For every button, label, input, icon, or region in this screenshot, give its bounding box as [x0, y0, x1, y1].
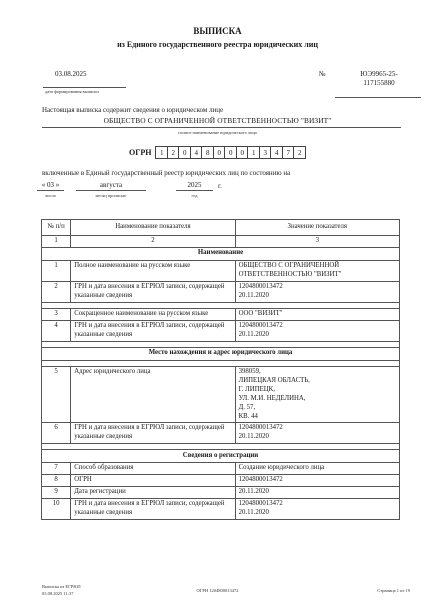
month-field: августа [76, 181, 146, 191]
indicator-value: ОБЩЕСТВО С ОГРАНИЧЕННОЙ ОТВЕТСТВЕННОСТЬЮ… [235, 260, 399, 281]
indicator-value: 1204800013472 [235, 475, 399, 487]
egrul-extract-page: ВЫПИСКА из Единого государственного реес… [0, 0, 435, 616]
row-number: 3 [42, 308, 71, 320]
year-suffix: г. [218, 182, 222, 190]
year-field: 2025 [176, 181, 213, 191]
company-name-underline [42, 127, 401, 128]
table-header-cell: № п/п [42, 220, 71, 236]
date-caption: дата формирования выписки [45, 89, 99, 94]
extract-date: 03.08.2025 [55, 70, 87, 78]
table-row: 8ОГРН1204800013472 [42, 475, 400, 487]
section-title: Наименование [42, 247, 400, 260]
section-header-row: Наименование [42, 247, 400, 260]
ogrn-row: ОГРН 1204800013472 [0, 146, 435, 159]
indicator-name: ГРН и дата внесения в ЕГРЮЛ записи, соде… [71, 320, 235, 341]
day-caption: число [37, 193, 64, 198]
row-number: 2 [42, 281, 71, 302]
company-name: ОБЩЕСТВО С ОГРАНИЧЕННОЙ ОТВЕТСТВЕННОСТЬЮ… [0, 116, 435, 125]
intro-text: Настоящая выписка содержит сведения о юр… [42, 106, 223, 114]
indicator-value: 1204800013472 20.11.2020 [235, 499, 399, 520]
row-number: 6 [42, 423, 71, 444]
indicator-name: Адрес юридического лица [71, 366, 235, 423]
indicator-name: Дата регистрации [71, 487, 235, 499]
footer-ogrn: ОГРН 1204800013472 [0, 588, 435, 593]
indicator-name: Полное наименование на русском языке [71, 260, 235, 281]
row-number: 7 [42, 463, 71, 475]
year-caption: год [176, 193, 213, 198]
footer-page-number: Страница 1 из 19 [377, 588, 410, 593]
column-number-cell: 1 [42, 235, 71, 247]
indicator-name: ГРН и дата внесения в ЕГРЮЛ записи, соде… [71, 281, 235, 302]
ogrn-digit-boxes: 1204800013472 [156, 146, 306, 159]
indicator-value: 20.11.2020 [235, 487, 399, 499]
row-number: 4 [42, 320, 71, 341]
indicators-table: № п/пНаименование показателяЗначение пок… [41, 219, 400, 520]
indicator-name: ОГРН [71, 475, 235, 487]
row-number: 9 [42, 487, 71, 499]
row-number: 8 [42, 475, 71, 487]
section-title: Сведения о регистрации [42, 450, 400, 463]
indicator-name: Сокращенное наименование на русском язык… [71, 308, 235, 320]
indicator-name: Способ образования [71, 463, 235, 475]
extract-number-underline [335, 97, 421, 98]
table-row: 5Адрес юридического лица398059, ЛИПЕЦКАЯ… [42, 366, 400, 423]
table-header-cell: Значение показателя [235, 220, 399, 236]
document-subtitle: из Единого государственного реестра юрид… [0, 40, 435, 49]
indicator-name: ГРН и дата внесения в ЕГРЮЛ записи, соде… [71, 423, 235, 444]
date-underline [43, 87, 126, 88]
table-row: 9Дата регистрации20.11.2020 [42, 487, 400, 499]
indicator-value: ООО "ВИЗИТ" [235, 308, 399, 320]
company-name-caption: полное наименование юридического лица [0, 130, 435, 135]
section-header-row: Место нахождения и адрес юридического ли… [42, 347, 400, 360]
table-row: 1Полное наименование на русском языкеОБЩ… [42, 260, 400, 281]
row-number: 5 [42, 366, 71, 423]
indicator-value: 398059, ЛИПЕЦКАЯ ОБЛАСТЬ, Г. ЛИПЕЦК, УЛ.… [235, 366, 399, 423]
table-row: 7Способ образованияСоздание юридического… [42, 463, 400, 475]
section-title: Место нахождения и адрес юридического ли… [42, 347, 400, 360]
section-header-row: Сведения о регистрации [42, 450, 400, 463]
extract-number-line1: ЮЭ9965-25- [337, 70, 421, 79]
ogrn-label: ОГРН [129, 148, 151, 157]
table-row: 6ГРН и дата внесения в ЕГРЮЛ записи, сод… [42, 423, 400, 444]
day-field: « 03 » [37, 181, 64, 191]
column-number-cell: 3 [235, 235, 399, 247]
ogrn-digit: 2 [293, 146, 306, 159]
extract-number-label: № [319, 70, 326, 78]
table-row: 4ГРН и дата внесения в ЕГРЮЛ записи, сод… [42, 320, 400, 341]
table-row: 2ГРН и дата внесения в ЕГРЮЛ записи, сод… [42, 281, 400, 302]
table-header-cell: Наименование показателя [71, 220, 235, 236]
included-line: включенные в Единый государственный реес… [42, 169, 290, 177]
row-number: 1 [42, 260, 71, 281]
table-row: 3Сокращенное наименование на русском язы… [42, 308, 400, 320]
column-number-row: 123 [42, 235, 400, 247]
table-row: 10ГРН и дата внесения в ЕГРЮЛ записи, со… [42, 499, 400, 520]
indicator-name: ГРН и дата внесения в ЕГРЮЛ записи, соде… [71, 499, 235, 520]
indicator-value: 1204800013472 20.11.2020 [235, 423, 399, 444]
table-header-row: № п/пНаименование показателяЗначение пок… [42, 220, 400, 236]
indicator-value: 1204800013472 20.11.2020 [235, 320, 399, 341]
indicator-value: 1204800013472 20.11.2020 [235, 281, 399, 302]
document-title: ВЫПИСКА [0, 26, 435, 36]
row-number: 10 [42, 499, 71, 520]
extract-number: ЮЭ9965-25- 117155880 [337, 70, 421, 89]
indicator-value: Создание юридического лица [235, 463, 399, 475]
extract-number-line2: 117155880 [337, 79, 421, 88]
month-caption: месяц прописью [76, 193, 146, 198]
column-number-cell: 2 [71, 235, 235, 247]
